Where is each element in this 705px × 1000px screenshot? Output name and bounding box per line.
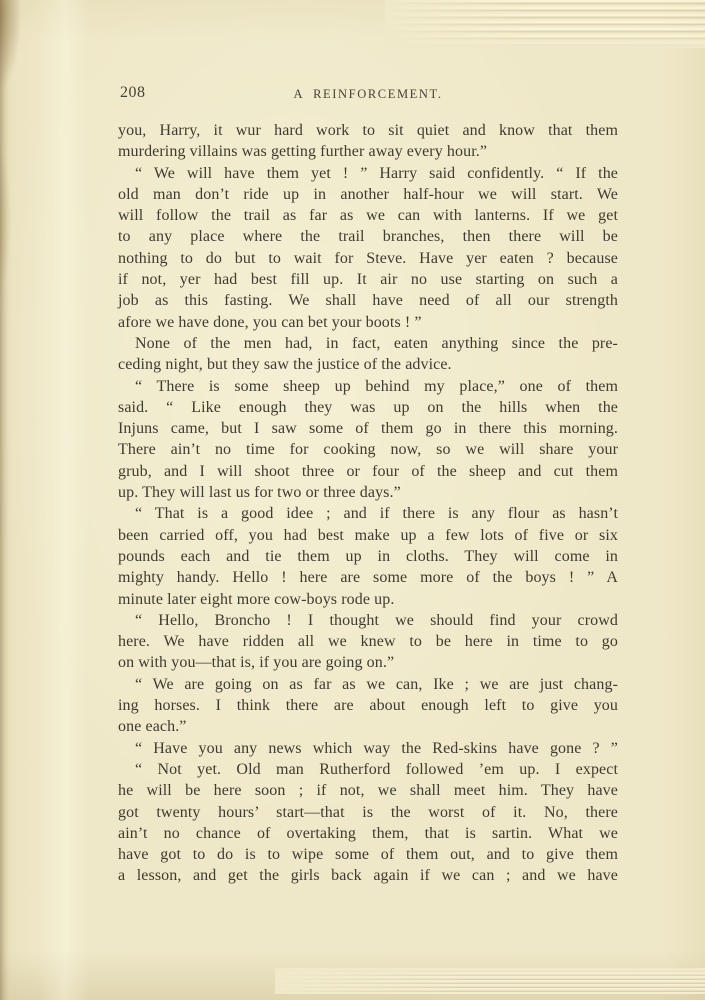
page-gutter-highlight xyxy=(40,0,90,1000)
text-line: ain’t no chance of overtaking them, that… xyxy=(118,823,618,844)
text-line: on with you—that is, if you are going on… xyxy=(118,652,618,673)
text-line: old man don’t ride up in another half-ho… xyxy=(118,184,618,205)
text-line: “ Have you any news which way the Red-sk… xyxy=(118,738,618,759)
page-stack-edge-bottom xyxy=(275,968,705,994)
text-line: pounds each and tie them up in cloths. T… xyxy=(118,546,618,567)
text-line: you, Harry, it wur hard work to sit quie… xyxy=(118,120,618,141)
text-line: “ There is some sheep up behind my place… xyxy=(118,376,618,397)
text-line: “ That is a good idee ; and if there is … xyxy=(118,503,618,524)
text-line: job as this fasting. We shall have need … xyxy=(118,290,618,311)
text-line: up. They will last us for two or three d… xyxy=(118,482,618,503)
text-line: if not, yer had best fill up. It air no … xyxy=(118,269,618,290)
text-line: ing horses. I think there are about enou… xyxy=(118,695,618,716)
paragraph: “ There is some sheep up behind my place… xyxy=(118,376,618,504)
page-header: 208 A REINFORCEMENT. xyxy=(118,84,618,104)
text-line: said. “ Like enough they was up on the h… xyxy=(118,397,618,418)
text-line: he will be here soon ; if not, we shall … xyxy=(118,780,618,801)
binding-shadow-top xyxy=(0,0,20,86)
text-line: a lesson, and get the girls back again i… xyxy=(118,865,618,886)
page-stack-edge-top xyxy=(385,0,705,48)
paragraph: “ Have you any news which way the Red-sk… xyxy=(118,738,618,759)
text-line: been carried off, you had best make up a… xyxy=(118,525,618,546)
text-line: afore we have done, you can bet your boo… xyxy=(118,312,618,333)
text-line: grub, and I will shoot three or four of … xyxy=(118,461,618,482)
paragraph: None of the men had, in fact, eaten anyt… xyxy=(118,333,618,376)
text-line: have got to do is to wipe some of them o… xyxy=(118,844,618,865)
text-line: “ We are going on as far as we can, Ike … xyxy=(118,674,618,695)
text-line: There ain’t no time for cooking now, so … xyxy=(118,439,618,460)
paragraph: “ Not yet. Old man Rutherford followed ’… xyxy=(118,759,618,887)
paragraph: “ That is a good idee ; and if there is … xyxy=(118,503,618,609)
text-line: “ We will have them yet ! ” Harry said c… xyxy=(118,163,618,184)
text-line: Injuns came, but I saw some of them go i… xyxy=(118,418,618,439)
binding-shadow-mid xyxy=(0,140,12,300)
paragraph: you, Harry, it wur hard work to sit quie… xyxy=(118,120,618,163)
text-line: None of the men had, in fact, eaten anyt… xyxy=(118,333,618,354)
paragraph: “ Hello, Broncho ! I thought we should f… xyxy=(118,610,618,674)
text-line: got twenty hours’ start—that is the wors… xyxy=(118,802,618,823)
text-line: nothing to do but to wait for Steve. Hav… xyxy=(118,248,618,269)
text-line: ceding night, but they saw the justice o… xyxy=(118,354,618,375)
text-line: here. We have ridden all we knew to be h… xyxy=(118,631,618,652)
text-line: will follow the trail as far as we can w… xyxy=(118,205,618,226)
text-line: one each.” xyxy=(118,716,618,737)
text-line: “ Not yet. Old man Rutherford followed ’… xyxy=(118,759,618,780)
paragraph: “ We will have them yet ! ” Harry said c… xyxy=(118,163,618,333)
text-line: to any place where the trail branches, t… xyxy=(118,226,618,247)
book-page: 208 A REINFORCEMENT. you, Harry, it wur … xyxy=(0,0,705,1000)
text-line: mighty handy. Hello ! here are some more… xyxy=(118,567,618,588)
text-line: “ Hello, Broncho ! I thought we should f… xyxy=(118,610,618,631)
text-line: minute later eight more cow-boys rode up… xyxy=(118,589,618,610)
text-line: murdering villains was getting further a… xyxy=(118,141,618,162)
paragraph: “ We are going on as far as we can, Ike … xyxy=(118,674,618,738)
text-block: you, Harry, it wur hard work to sit quie… xyxy=(118,120,618,887)
running-title: A REINFORCEMENT. xyxy=(118,87,618,102)
